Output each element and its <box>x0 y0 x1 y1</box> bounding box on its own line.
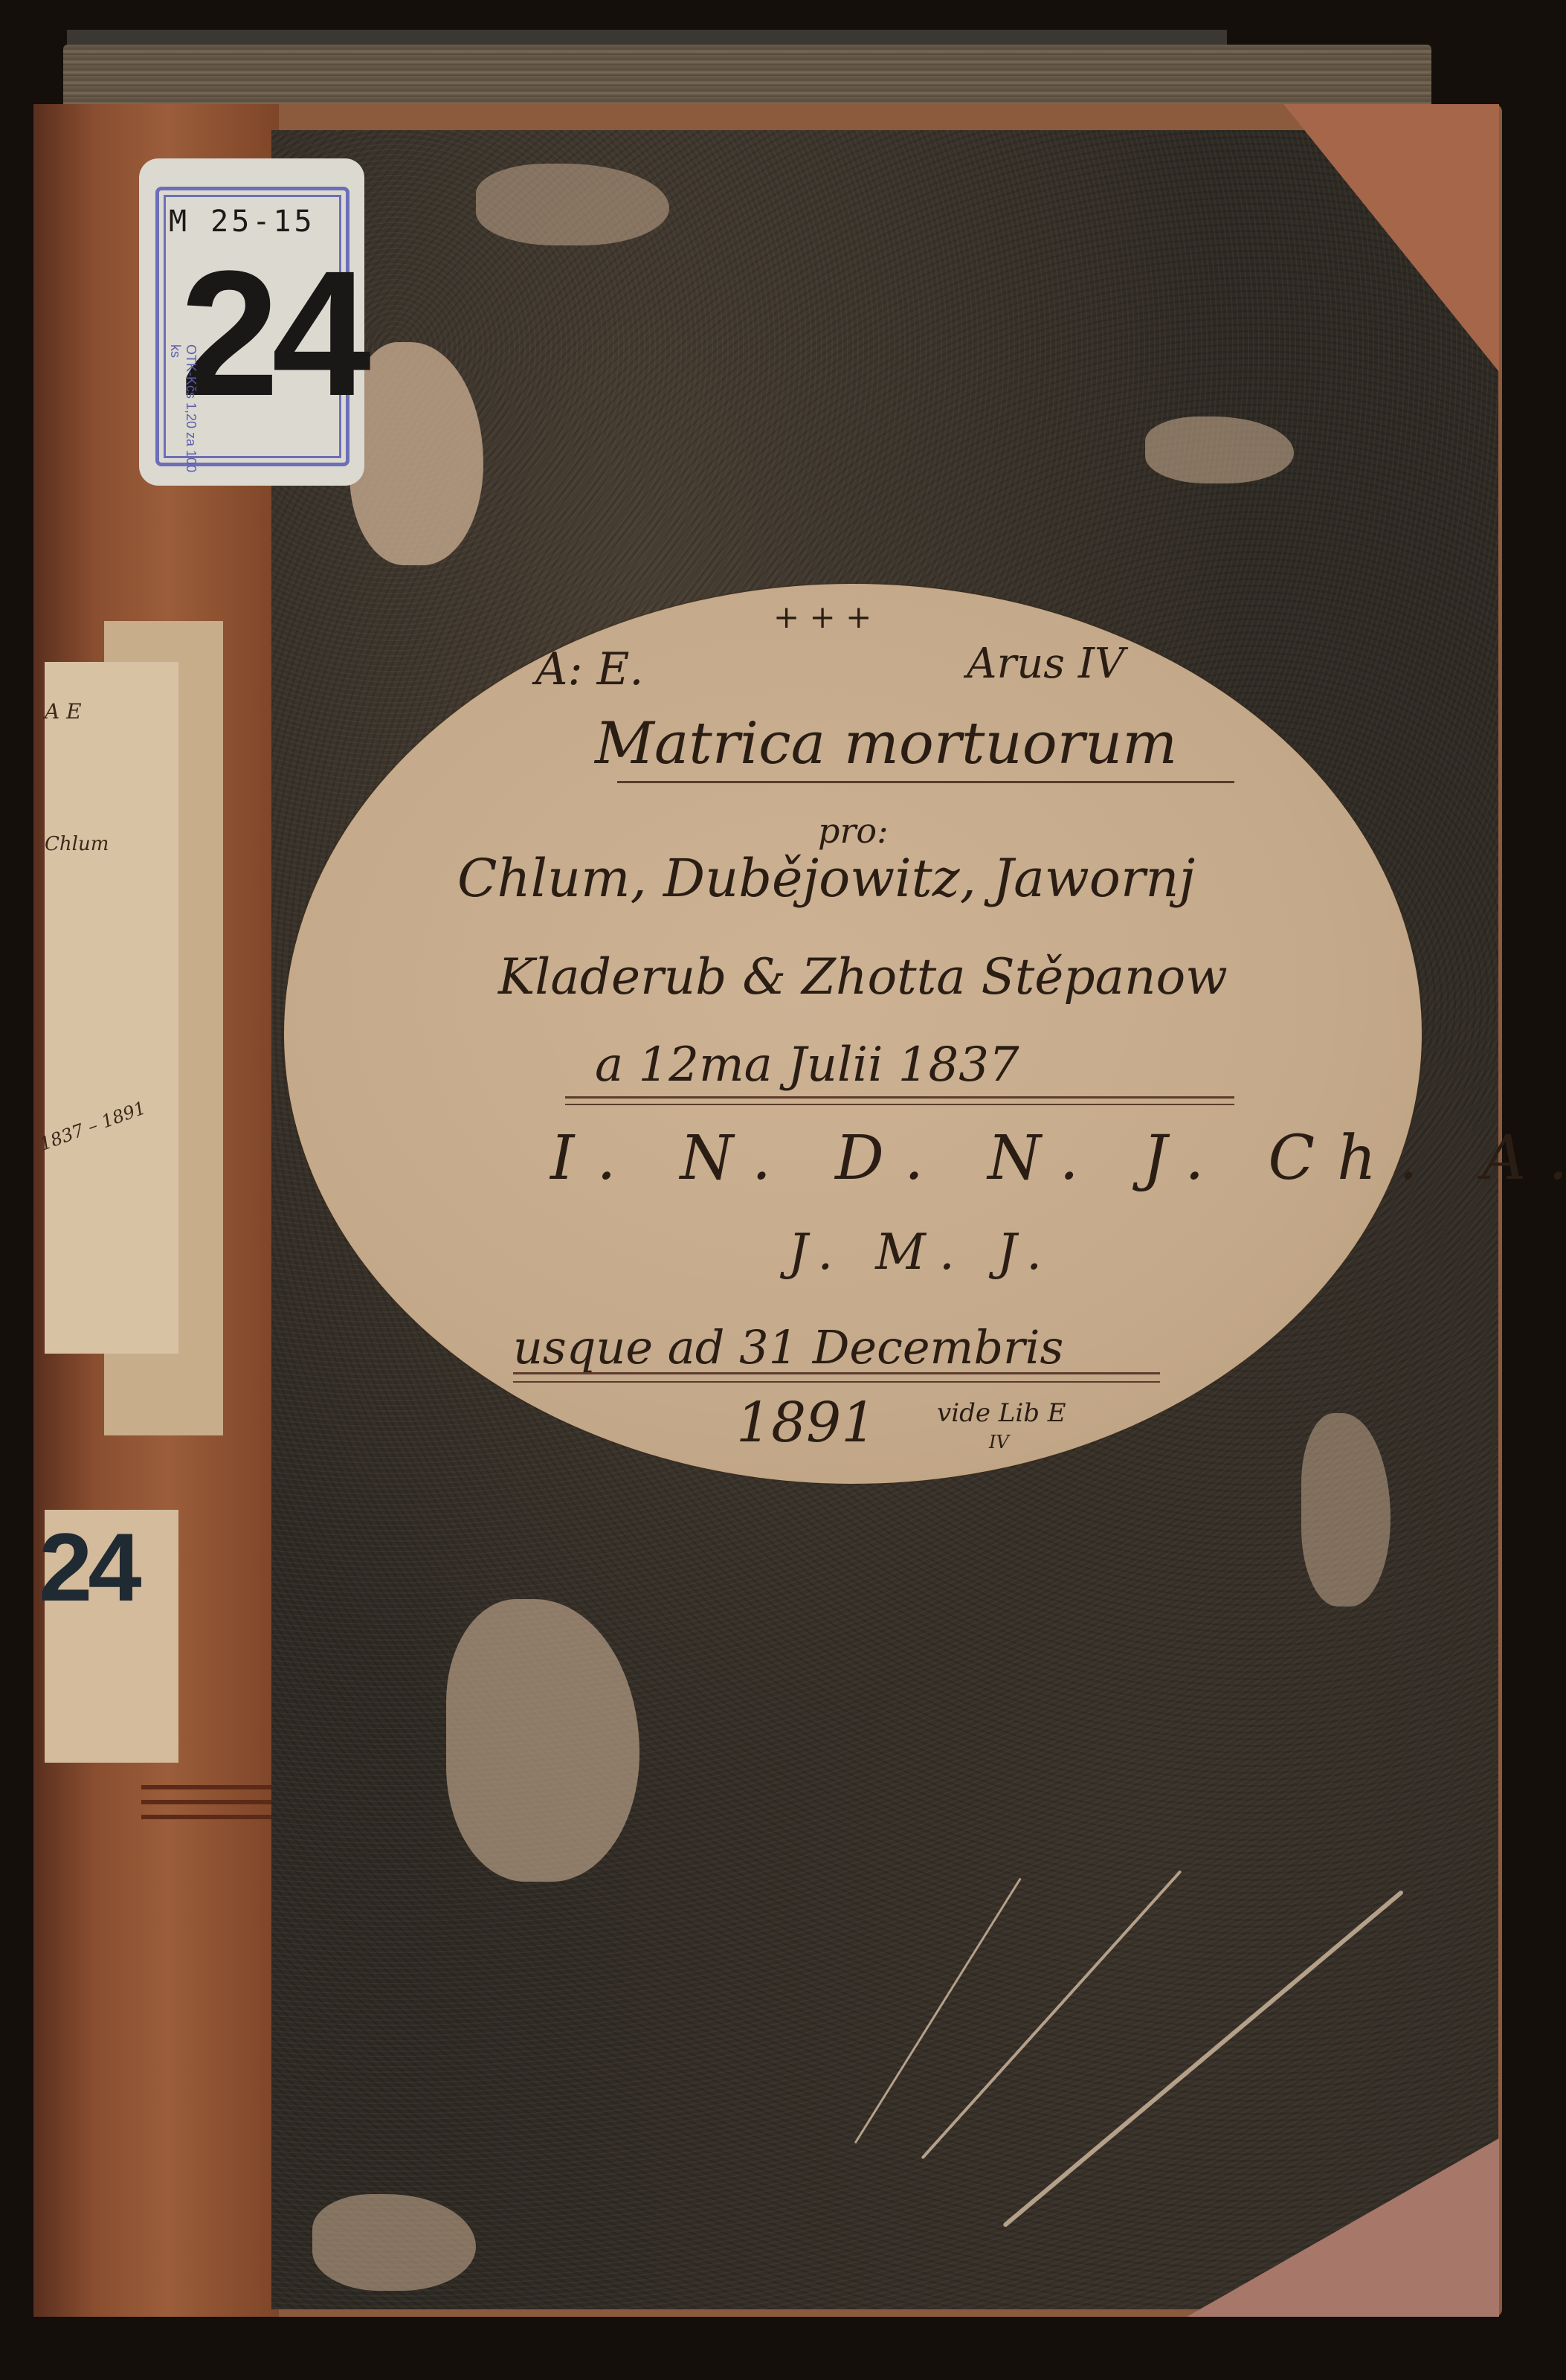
end-date-underline <box>513 1372 1160 1374</box>
spine-label-top: A E <box>45 699 82 724</box>
label-right-mark: Arus IV <box>967 640 1124 688</box>
start-date: a 12ma Julii 1837 <box>595 1038 1019 1093</box>
spine-volume-number: 24 <box>39 1511 138 1623</box>
cross-reference-sub: IV <box>989 1432 1009 1453</box>
date-underline-2 <box>565 1104 1234 1105</box>
label-crosses: + + + <box>773 599 871 635</box>
end-date-underline-2 <box>513 1381 1160 1383</box>
label-left-mark: A: E. <box>535 643 644 695</box>
archive-printer-note: OTK-Kčs 1,20 za 100 ks <box>167 344 199 486</box>
spine-label-place: Chlum <box>45 833 109 855</box>
places-line-2: Kladerub & Zhotta Stěpanow <box>498 948 1228 1006</box>
cross-reference: vide Lib E <box>937 1398 1066 1428</box>
spine-band <box>141 1785 279 1789</box>
register-title: Matrica mortuorum <box>595 710 1177 777</box>
spine-band <box>141 1800 279 1804</box>
title-underline <box>617 781 1234 783</box>
invocation-initials-1: I. N. D. N. J. Ch. A. <box>550 1123 1566 1194</box>
spine-paper-label <box>45 662 178 1354</box>
invocation-initials-2: J. M. J. <box>788 1223 1055 1281</box>
spine-band <box>141 1815 279 1819</box>
archive-label: M 25-15 24 OTK-Kčs 1,20 za 100 ks <box>139 158 364 486</box>
places-line-1: Chlum, Dubějowitz, Jawornj <box>457 848 1195 909</box>
archive-volume-number: 24 <box>180 244 364 422</box>
end-date: usque ad 31 Decembris <box>513 1320 1063 1374</box>
end-year: 1891 <box>736 1391 876 1455</box>
label-preposition: pro: <box>818 811 889 851</box>
date-underline <box>565 1096 1234 1099</box>
